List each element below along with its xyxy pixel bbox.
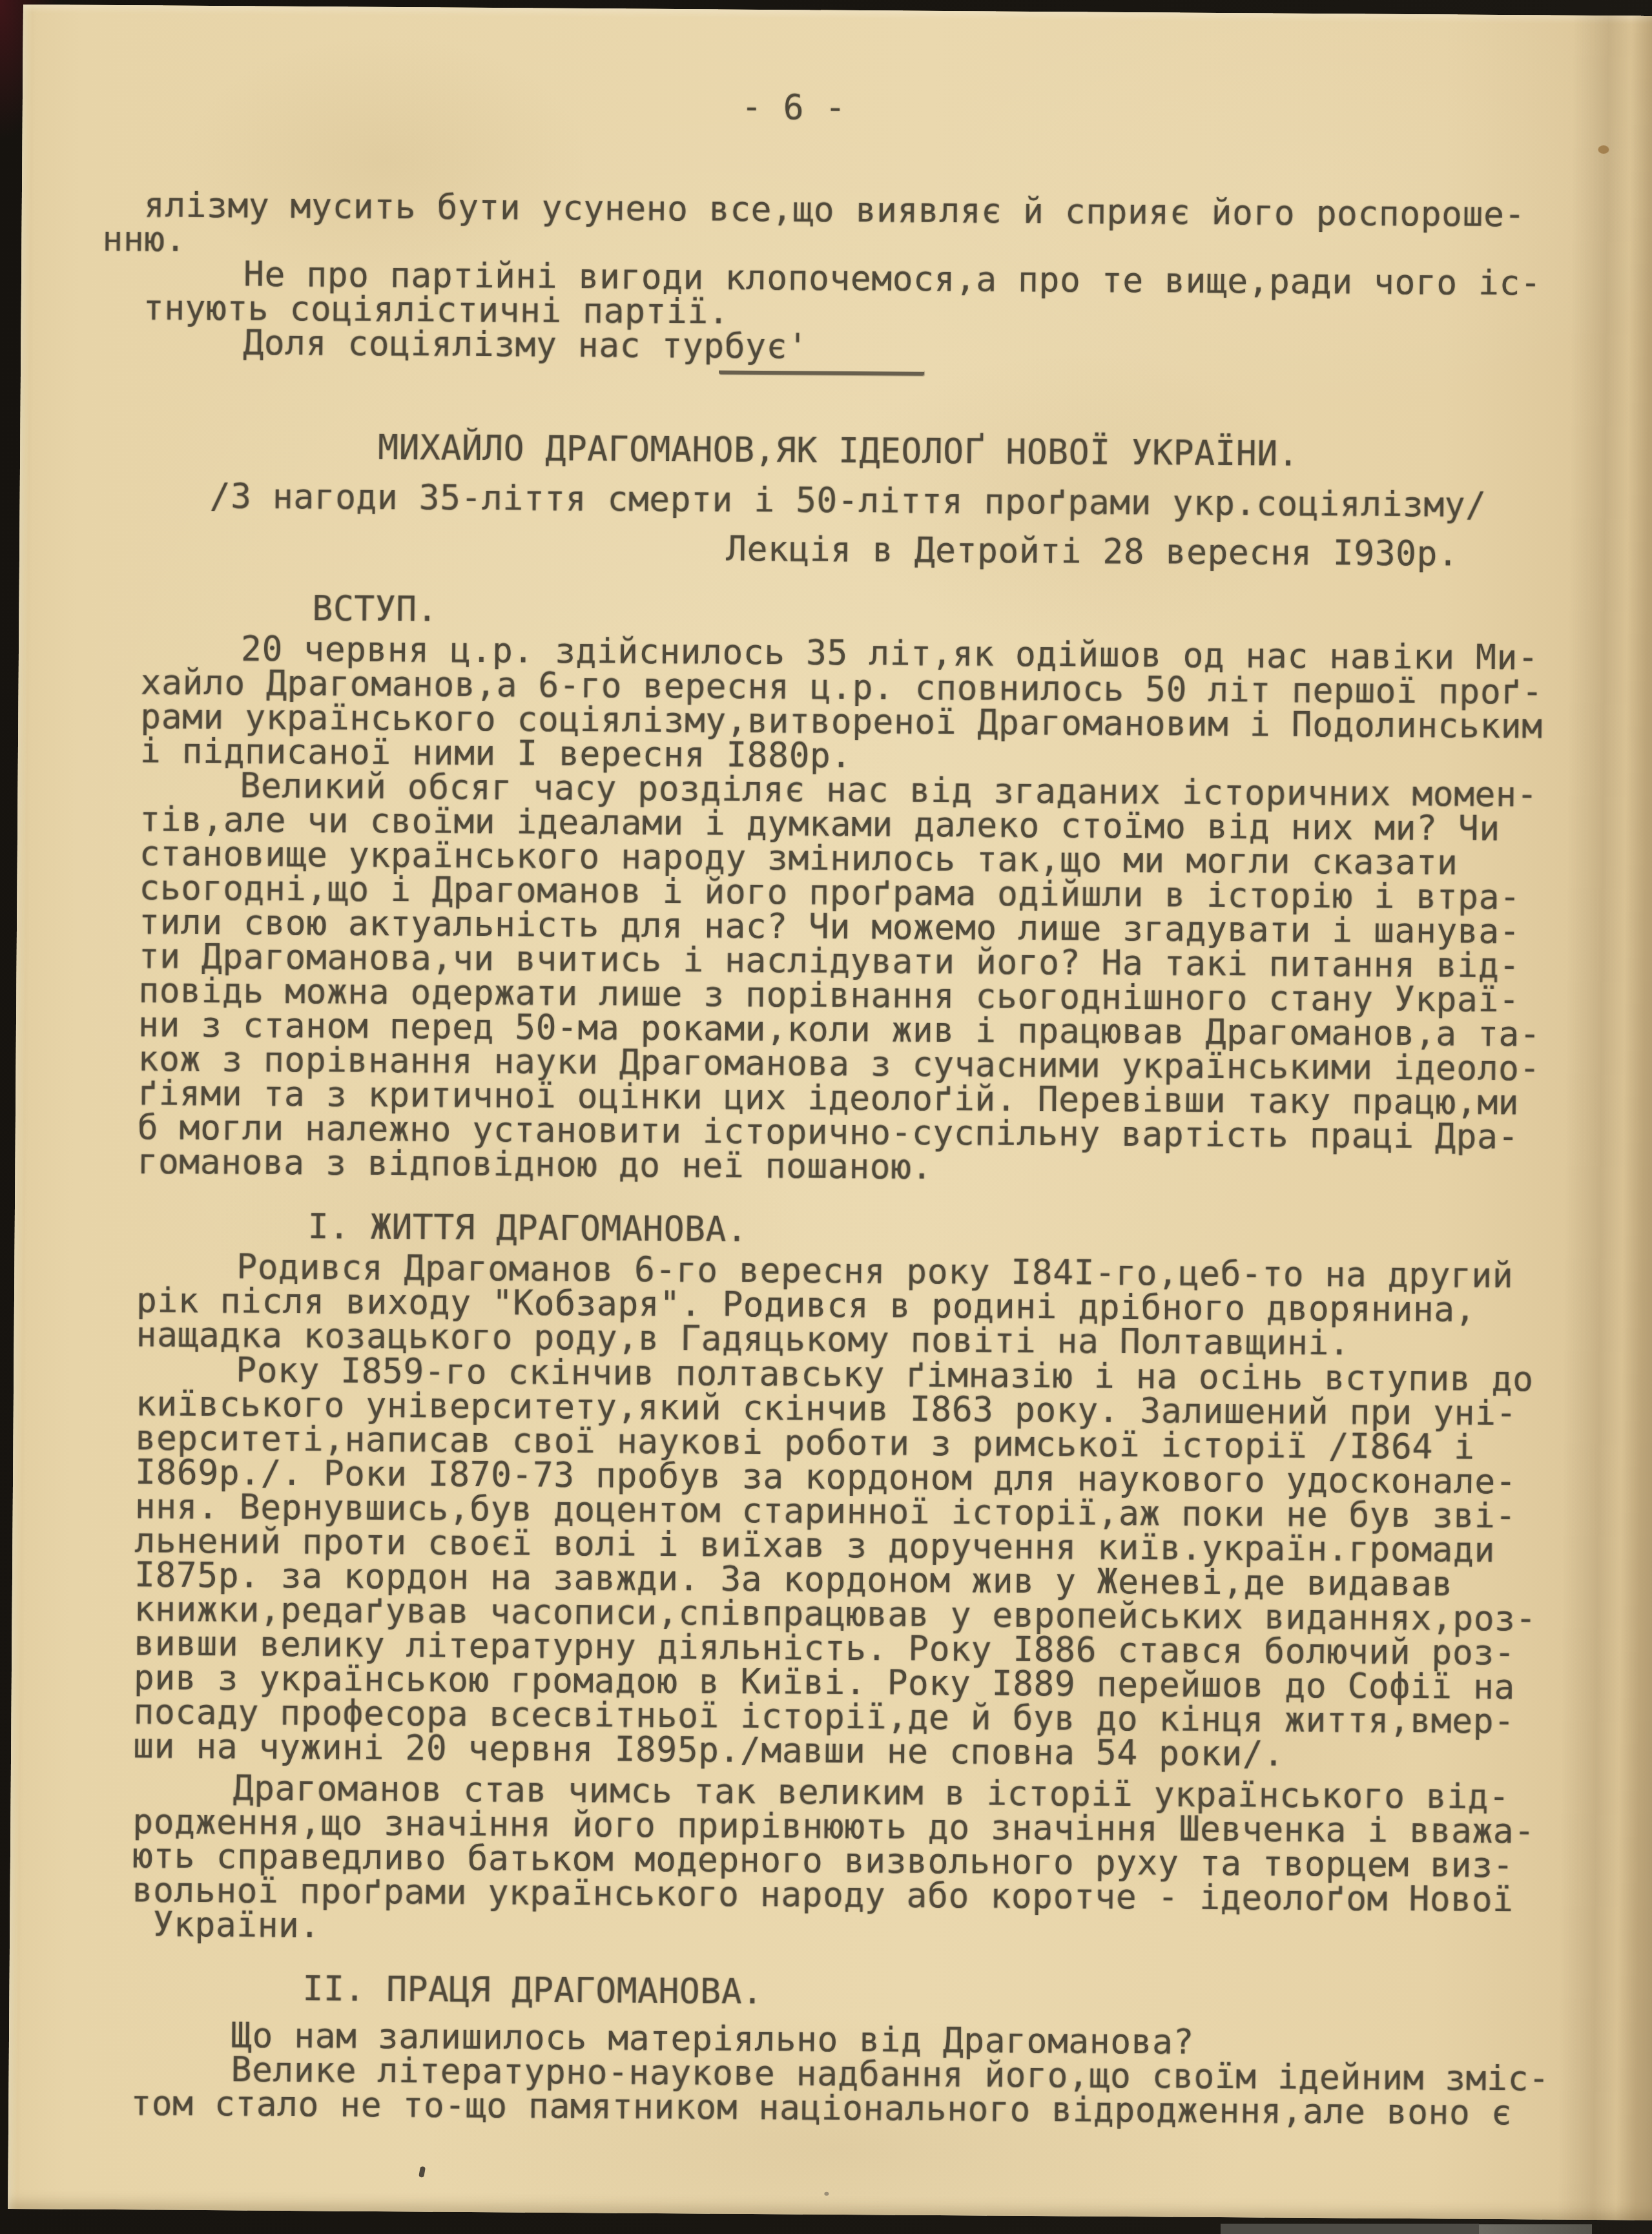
paper-stain: [1598, 145, 1609, 154]
scan-edge-strip: [1221, 2224, 1479, 2234]
text-line: ялізму мусить бути усунено все,що виявля…: [144, 188, 1623, 233]
text-line: ВСТУП.: [312, 592, 1620, 635]
title-block: МИХАЙЛО ДРАГОМАНОВ,ЯК ІДЕОЛОҐ НОВОЇ УКРА…: [378, 431, 1621, 473]
typewritten-text: - 6 -ялізму мусить бути усунено все,що в…: [130, 86, 1624, 2131]
para-block: 20 червня ц.р. здійснилось 35 літ,як оді…: [140, 631, 1620, 778]
text-line: том стало не то-що памятником національн…: [130, 2086, 1609, 2131]
para-block: Родився Драгоманов 6-го вересня року І84…: [136, 1249, 1615, 1362]
page-number-block: - 6 -: [54, 85, 1533, 130]
para-block: Великий обсяг часу розділяє нас від згад…: [137, 768, 1618, 1189]
text-line: І. ЖИТТЯ ДРАГОМАНОВА.: [308, 1210, 1616, 1253]
subtitle-block: /З нагоди 35-ліття смерти і 50-ліття про…: [210, 479, 1621, 523]
divider-line: [719, 369, 924, 376]
scan-background: { "document": { "page_number": "- 6 -", …: [0, 0, 1652, 2234]
para-block: Драгоманов став чимсь так великим в істо…: [132, 1770, 1612, 1952]
scan-edge-strip: [1479, 2224, 1592, 2234]
section-block: ВСТУП.: [312, 592, 1620, 635]
paper-speck: [824, 2192, 829, 2196]
text-line: вольної проґрами українського народу або…: [132, 1873, 1611, 1918]
section-block: І. ЖИТТЯ ДРАГОМАНОВА.: [308, 1210, 1616, 1253]
text-line: /З нагоди 35-ліття смерти і 50-ліття про…: [210, 479, 1621, 523]
dateline-block: Лекція в Детройті 28 вересня І930р.: [726, 532, 1620, 573]
text-line: ІІ. ПРАЦЯ ДРАГОМАНОВА.: [302, 1972, 1610, 2015]
para-block: Року І859-го скінчив полтавську ґімназію…: [133, 1352, 1615, 1774]
para-block: Велике літературно-наукове надбання його…: [130, 2052, 1610, 2131]
text-line: - 6 -: [54, 85, 1533, 130]
text-line: Лекція в Детройті 28 вересня І930р.: [726, 532, 1620, 573]
scanned-page: - 6 -ялізму мусить бути усунено все,що в…: [8, 5, 1652, 2220]
text-line: МИХАЙЛО ДРАГОМАНОВ,ЯК ІДЕОЛОҐ НОВОЇ УКРА…: [378, 431, 1621, 473]
section-block: ІІ. ПРАЦЯ ДРАГОМАНОВА.: [302, 1972, 1610, 2015]
ink-mark: [418, 2166, 426, 2178]
